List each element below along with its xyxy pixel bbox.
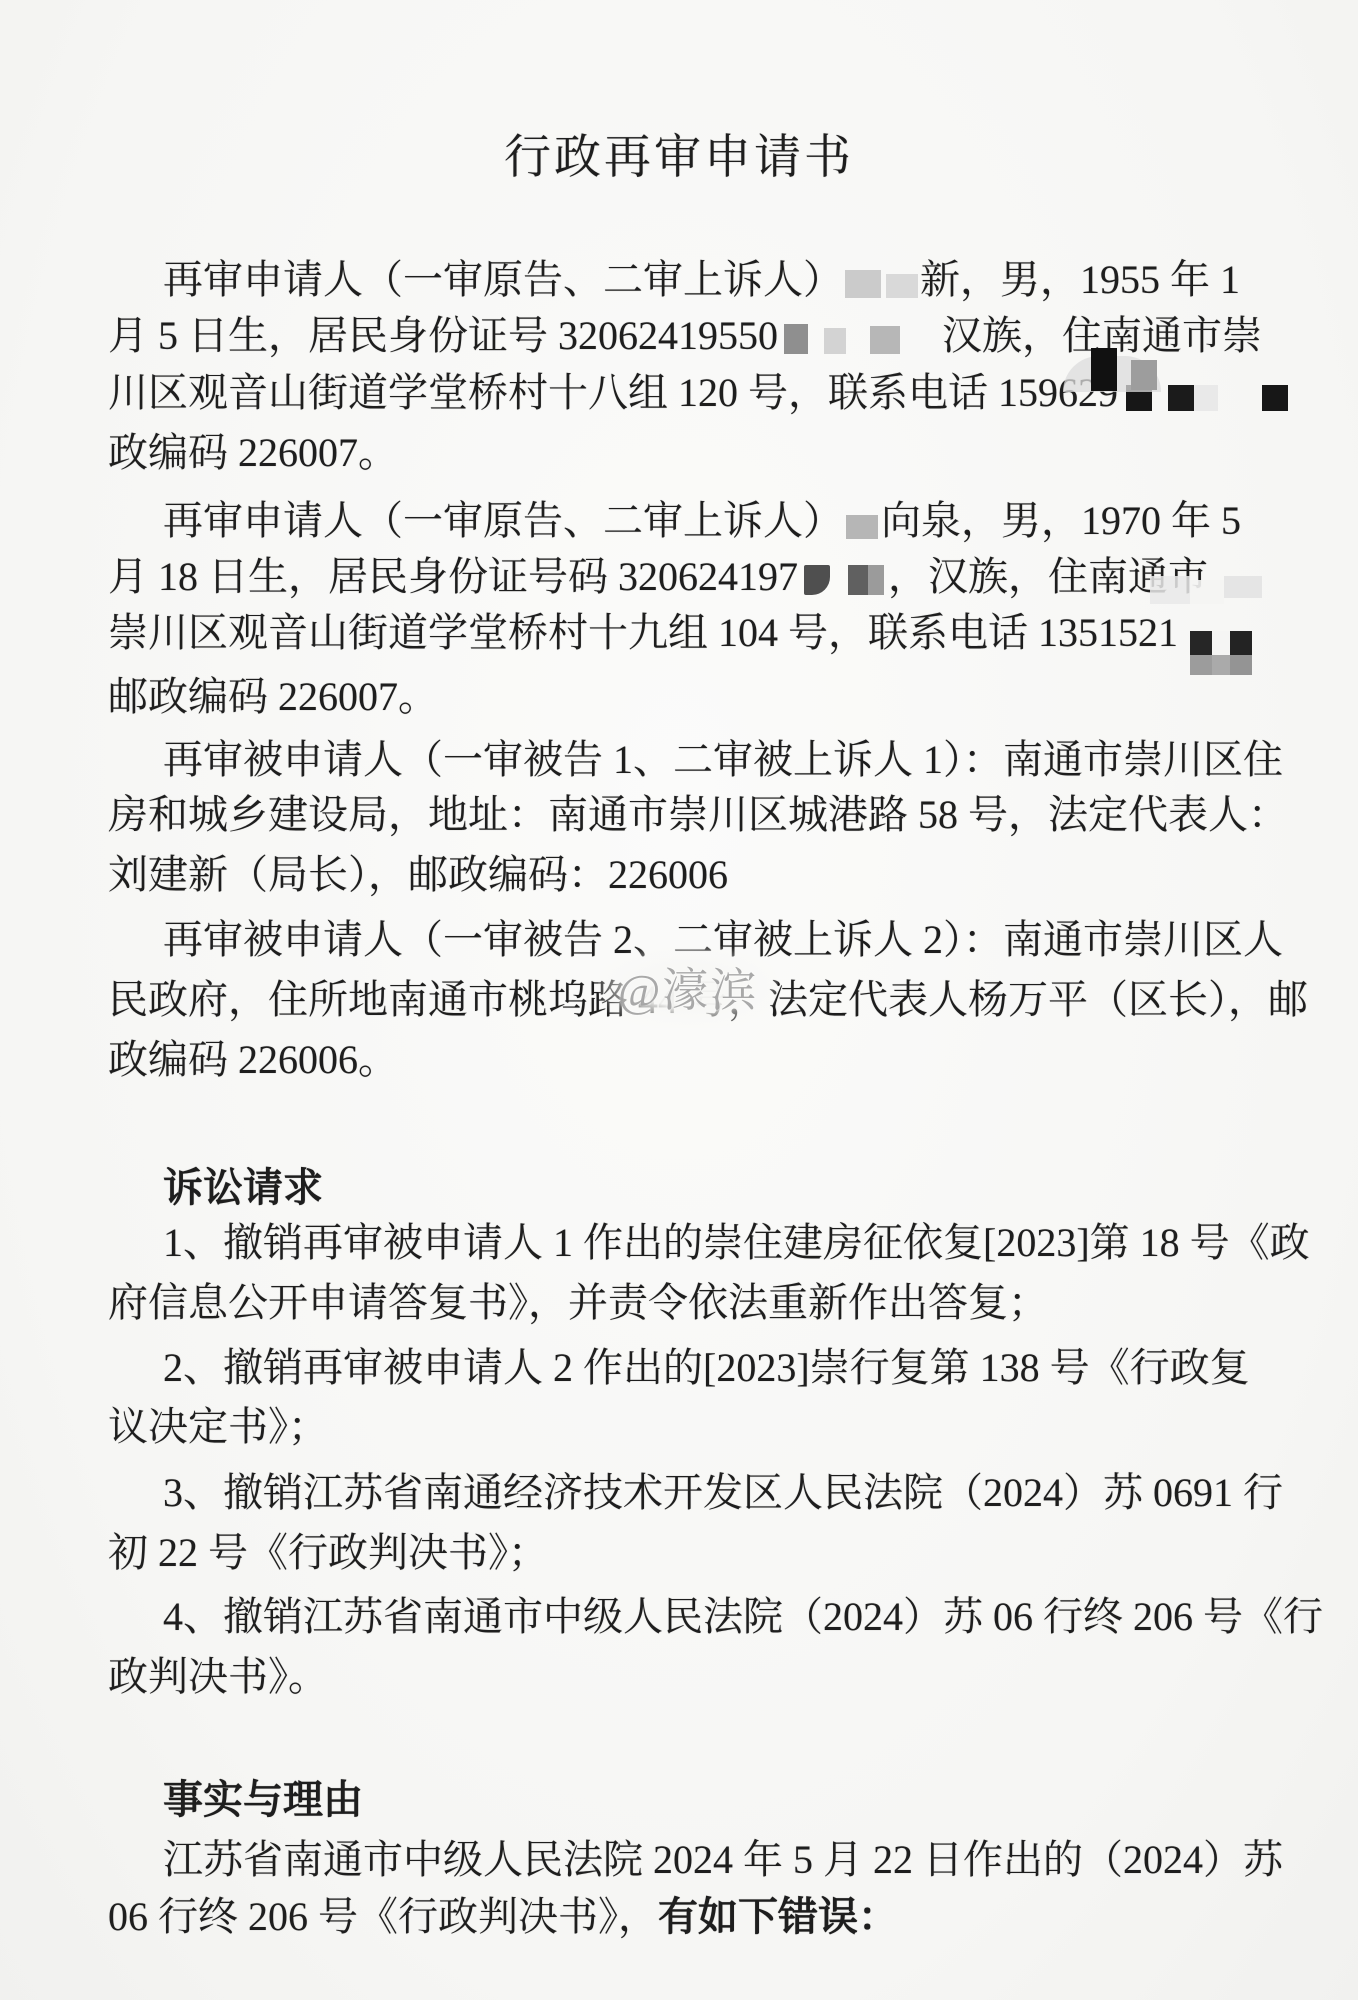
applicant2-line2: 月 18 日生，居民身份证号码 320624197，汉族，住南通市 <box>108 550 1208 600</box>
applicant2-line1: 再审申请人（一审原告、二审上诉人）向泉，男，1970 年 5 <box>163 490 1241 544</box>
redaction-mosaic-id2 <box>804 555 884 595</box>
redaction-mosaic-phone2 <box>1190 631 1252 675</box>
applicant1-line4: 政编码 226007。 <box>108 430 398 476</box>
redaction-mosaic-name2 <box>846 495 878 539</box>
respondent1-line1: 再审被申请人（一审被告 1、二审被上诉人 1）：南通市崇川区住 <box>163 737 1283 783</box>
applicant2-line3: 崇川区观音山街道学堂桥村十九组 104 号，联系电话 1351521 <box>108 610 1252 666</box>
facts-line1: 江苏省南通市中级人民法院 2024 年 5 月 22 日作出的（2024）苏 <box>163 1837 1283 1883</box>
respondent1-line3: 刘建新（局长），邮政编码：226006 <box>108 852 728 898</box>
claims-item1-line2: 府信息公开申请答复书》，并责令依法重新作出答复； <box>108 1280 1048 1326</box>
claims-item3-line1: 3、撤销江苏省南通经济技术开发区人民法院（2024）苏 0691 行 <box>163 1470 1283 1516</box>
applicant2-line3-text: 崇川区观音山街道学堂桥村十九组 104 号，联系电话 1351521 <box>108 610 1178 655</box>
claims-item2-line2: 议决定书》； <box>108 1404 328 1450</box>
claims-item1-line1: 1、撤销再审被申请人 1 作出的崇住建房征依复[2023]第 18 号《政 <box>163 1220 1310 1266</box>
respondent1-line2: 房和城乡建设局，地址：南通市崇川区城港路 58 号，法定代表人： <box>108 792 1288 838</box>
watermark: @濠滨 <box>598 946 778 1028</box>
claims-item2-line1: 2、撤销再审被申请人 2 作出的[2023]崇行复第 138 号《行政复 <box>163 1345 1250 1391</box>
redaction-mosaic-tail <box>1150 576 1262 604</box>
redaction-mosaic-name1 <box>845 254 918 298</box>
scanned-document-page: 行政再审申请书 再审申请人（一审原告、二审上诉人）新，男，1955 年 1 月 … <box>0 0 1358 2000</box>
redaction-mosaic-id1 <box>784 314 900 354</box>
document-title: 行政再审申请书 <box>0 120 1358 187</box>
applicant1-line1-text-before: 再审申请人（一审原告、二审上诉人） <box>163 257 843 302</box>
claims-item4-line1: 4、撤销江苏省南通市中级人民法院（2024）苏 06 行终 206 号《行 <box>163 1594 1323 1640</box>
applicant2-line1-text-before: 再审申请人（一审原告、二审上诉人） <box>163 498 843 543</box>
applicant1-line2-text-before: 月 5 日生，居民身份证号 32062419550 <box>108 313 778 358</box>
claims-item3-line2: 初 22 号《行政判决书》； <box>108 1530 548 1576</box>
claims-item4-line2: 政判决书》。 <box>108 1654 328 1700</box>
facts-heading: 事实与理由 <box>163 1777 363 1823</box>
facts-line2-text: 06 行终 206 号《行政判决书》， <box>108 1894 658 1939</box>
applicant1-line1: 再审申请人（一审原告、二审上诉人）新，男，1955 年 1 <box>163 249 1240 303</box>
applicant2-line4: 邮政编码 226007。 <box>108 674 438 720</box>
facts-line2: 06 行终 206 号《行政判决书》，有如下错误： <box>108 1894 898 1940</box>
facts-line2-emphasis: 有如下错误： <box>658 1894 898 1939</box>
redaction-mosaic-arc <box>1063 348 1165 392</box>
respondent2-line3: 政编码 226006。 <box>108 1037 398 1083</box>
applicant1-line1-text-after: 新，男，1955 年 1 <box>920 257 1240 302</box>
claims-heading: 诉讼请求 <box>163 1165 323 1211</box>
applicant2-line2-text-before: 月 18 日生，居民身份证号码 320624197 <box>108 554 798 599</box>
applicant2-line1-text-after: 向泉，男，1970 年 5 <box>881 498 1241 543</box>
applicant1-line3-text: 川区观音山街道学堂桥村十八组 120 号，联系电话 159629 <box>108 370 1118 415</box>
